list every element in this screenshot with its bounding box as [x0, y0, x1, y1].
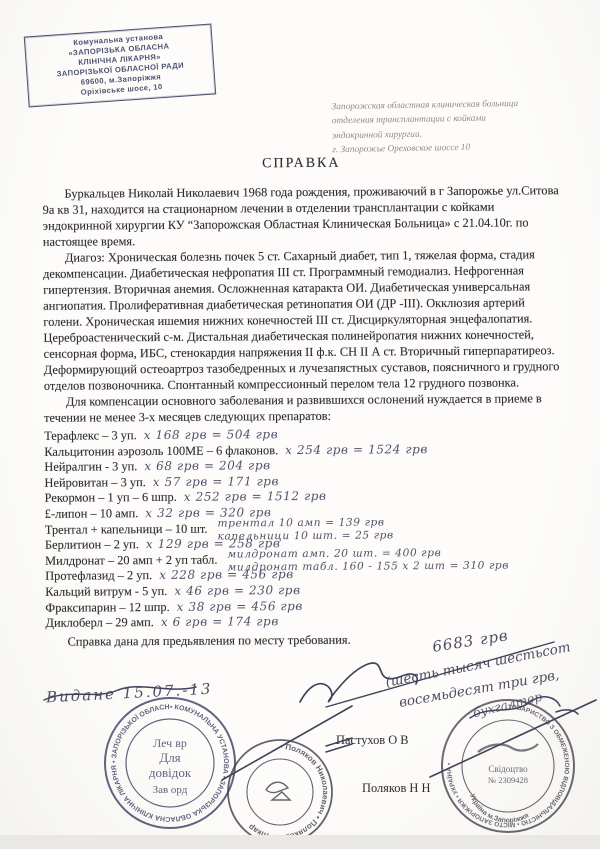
stamp-center-text: № 2309428 — [488, 775, 528, 785]
stamp-center-text: Леч вр — [153, 736, 187, 750]
scanned-certificate-page: Комунальна установа «ЗАПОРІЗЬКА ОБЛАСНА … — [0, 0, 600, 849]
stamp-center-text: Зав орд — [153, 784, 188, 796]
stamp-center-text: Для — [159, 750, 180, 765]
stamp-ring-text: • КОМУНАЛЬНА УСТАНОВА • ЗАПОРІЗЬКА ОБЛАС… — [0, 0, 229, 822]
svg-text:• КОМУНАЛЬНА УСТАНОВА • ЗАПОРІ: • КОМУНАЛЬНА УСТАНОВА • ЗАПОРІЗЬКА ОБЛАС… — [0, 0, 229, 822]
strike-line-center — [222, 706, 352, 780]
polyakov-initial-marks — [326, 738, 352, 752]
scan-bottom-edge — [0, 835, 600, 849]
stamps-and-signatures-overlay: • КОМУНАЛЬНА УСТАНОВА • ЗАПОРІЗЬКА ОБЛАС… — [0, 0, 600, 849]
stamp-center-text: Свідоцтво — [488, 764, 528, 774]
stamp-center-text: довідок — [149, 765, 192, 780]
hospital-round-stamp: • КОМУНАЛЬНА УСТАНОВА • ЗАПОРІЗЬКА ОБЛАС… — [0, 0, 235, 828]
head-physician-signature — [300, 663, 417, 702]
doctor-personal-stamp: • Поляков Николаевич • Поляков Н • лікар — [228, 740, 332, 844]
total-underline — [326, 642, 554, 707]
